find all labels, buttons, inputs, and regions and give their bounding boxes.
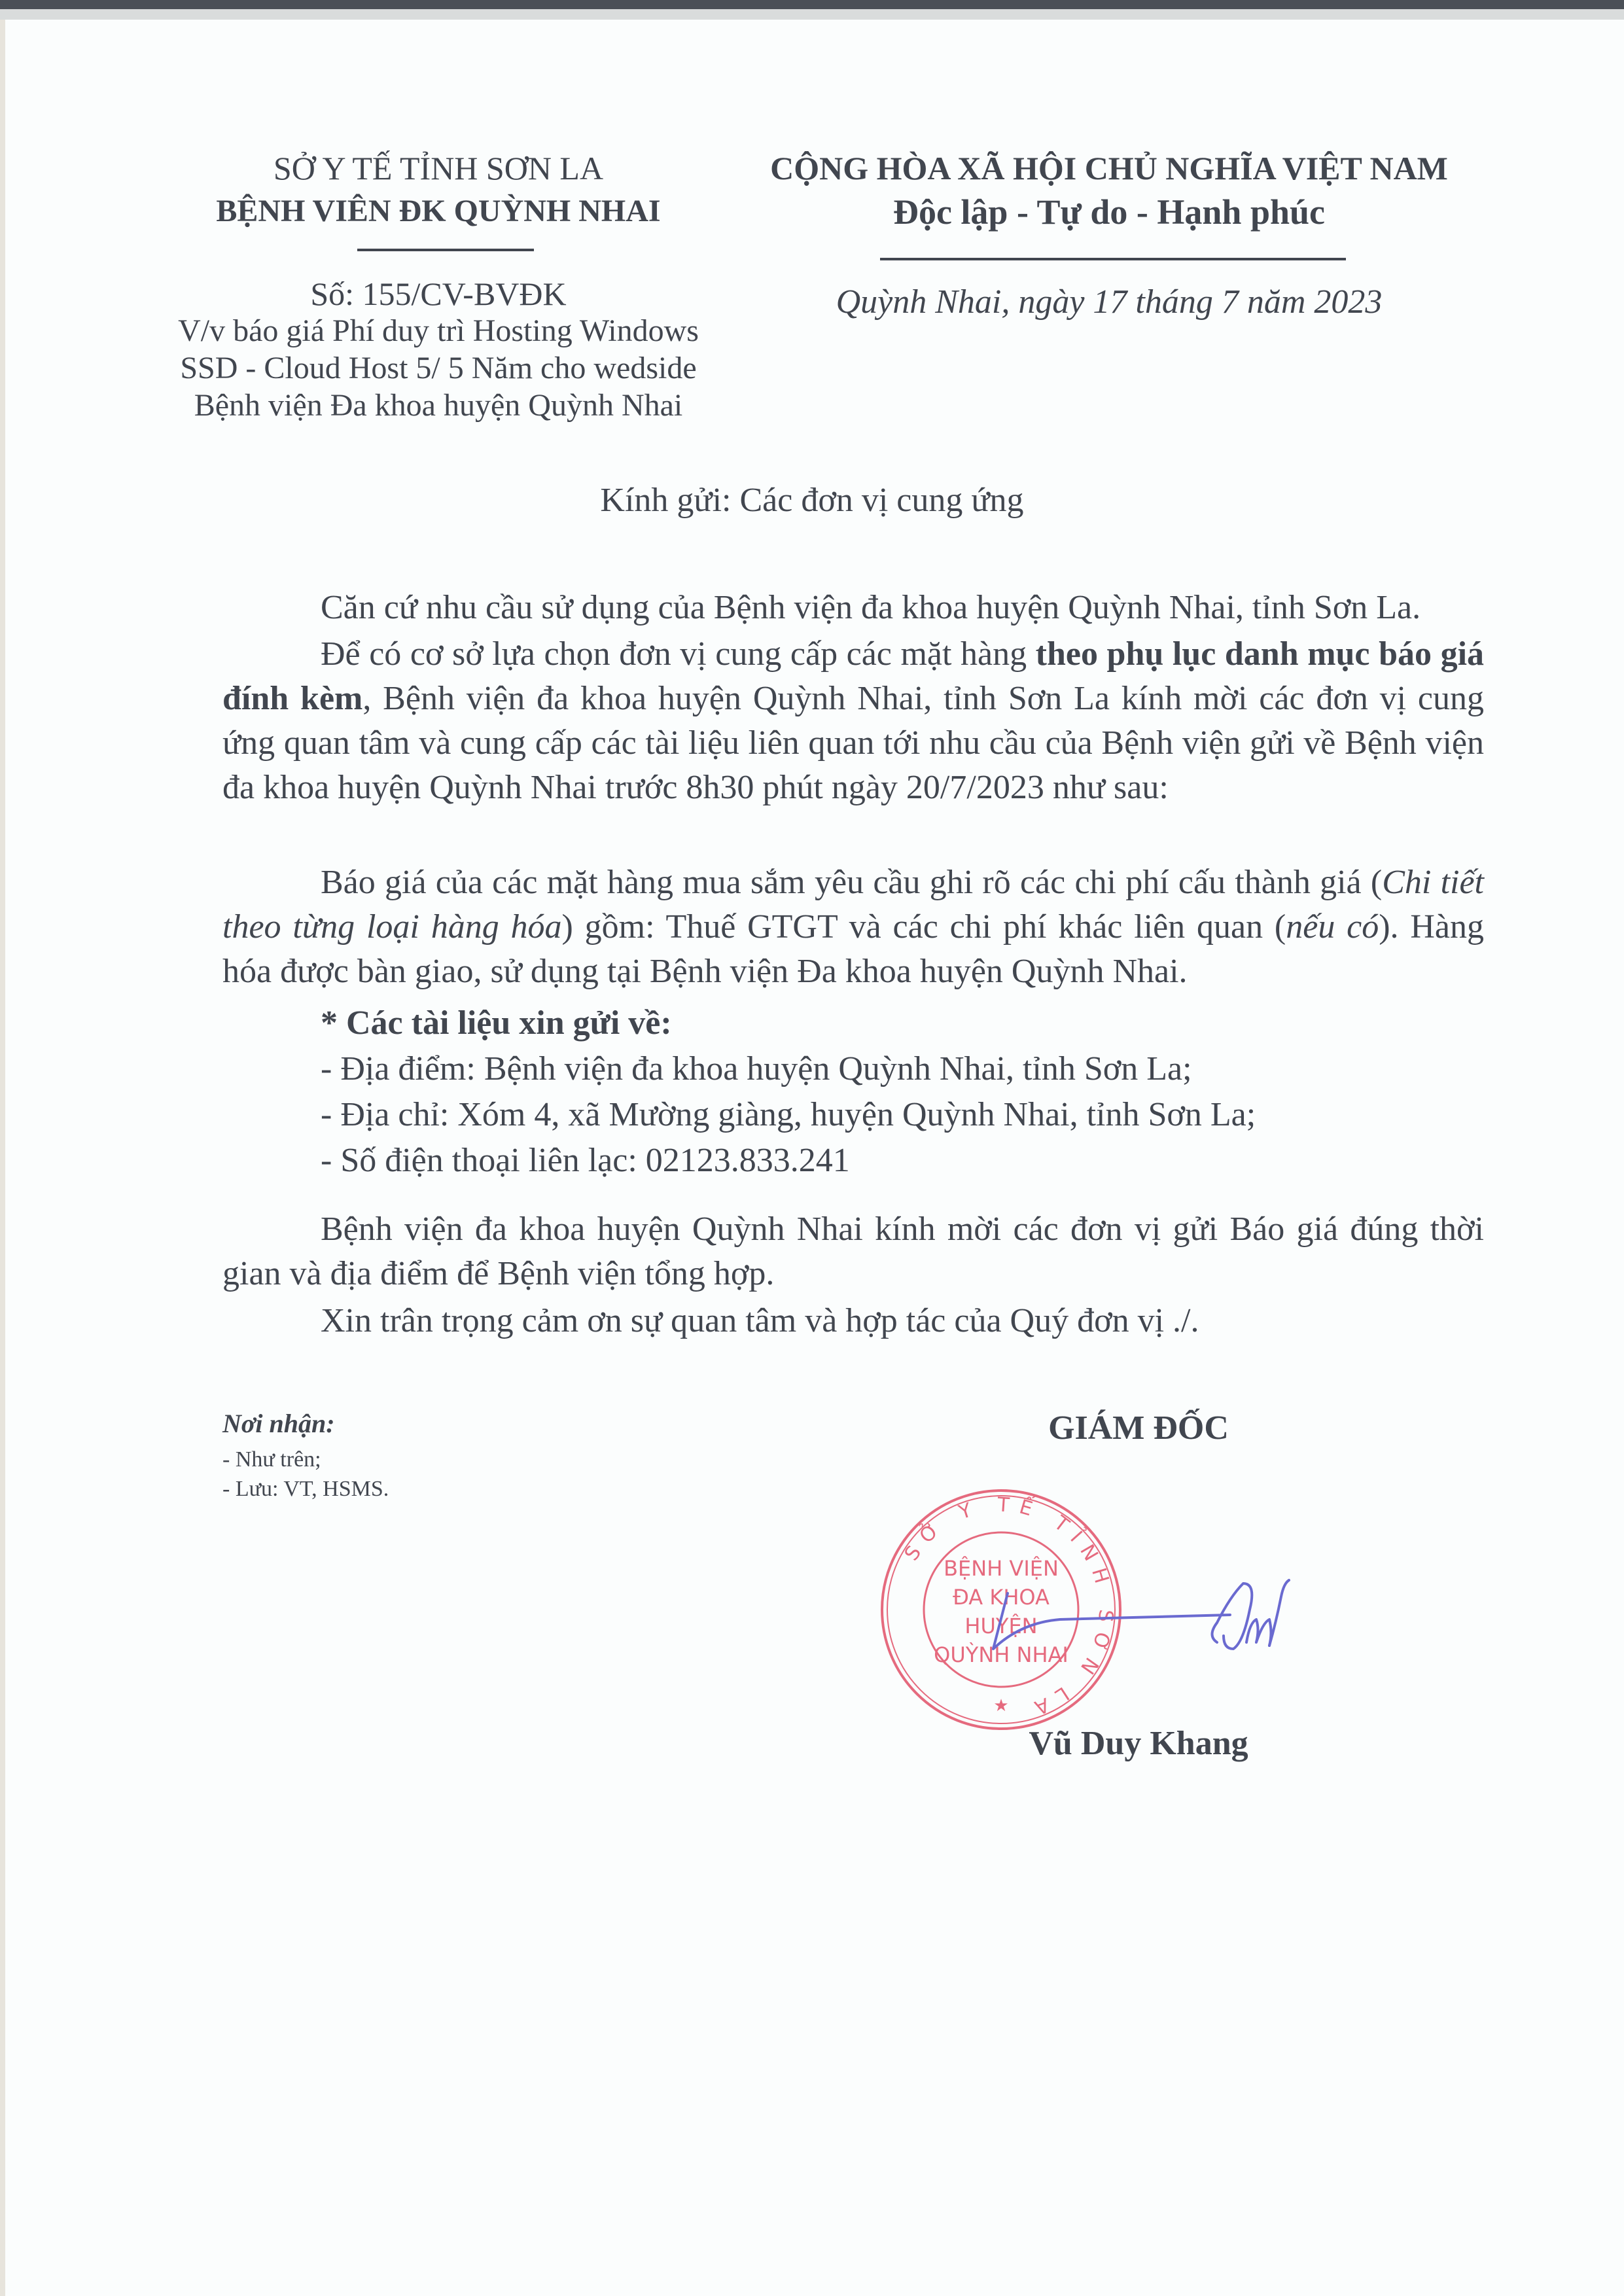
handwritten-signature-icon	[981, 1557, 1296, 1669]
text-run: Để có cơ sở lựa chọn đơn vị cung cấp các…	[321, 635, 1036, 673]
submission-location: - Địa điểm: Bệnh viện đa khoa huyện Quỳn…	[222, 1047, 1484, 1091]
document-number: Số: 155/CV-BVĐK	[124, 275, 752, 313]
subject-line: V/v báo giá Phí duy trì Hosting Windows	[124, 312, 752, 349]
country-name: CỘNG HÒA XÃ HỘI CHỦ NGHĨA VIỆT NAM	[739, 149, 1479, 187]
subject-line: SSD - Cloud Host 5/ 5 Năm cho wedside	[124, 349, 752, 387]
text-run: Báo giá của các mặt hàng mua sắm yêu cầu…	[321, 864, 1382, 901]
document-subject: V/v báo giá Phí duy trì Hosting Windows …	[124, 312, 752, 424]
submission-address: - Địa chỉ: Xóm 4, xã Mường giàng, huyện …	[222, 1093, 1484, 1137]
recipient-item: - Như trên;	[222, 1447, 321, 1472]
scan-edge-strip	[0, 9, 1624, 20]
header-right-rule	[880, 258, 1346, 260]
scan-edge-top	[0, 0, 1624, 9]
header-left-rule	[357, 249, 534, 251]
paragraph-request: Để có cơ sở lựa chọn đơn vị cung cấp các…	[222, 632, 1484, 810]
recipient-item: - Lưu: VT, HSMS.	[222, 1477, 389, 1502]
svg-text:★: ★	[993, 1696, 1008, 1716]
paragraph-thanks: Xin trân trọng cảm ơn sự quan tâm và hợp…	[222, 1299, 1484, 1343]
text-run-italic: nếu có	[1286, 908, 1379, 945]
paragraph-quote-requirements: Báo giá của các mặt hàng mua sắm yêu cầu…	[222, 860, 1484, 994]
agency-name: SỞ Y TẾ TỈNH SƠN LA	[124, 149, 752, 187]
contact-phone: - Số điện thoại liên lạc: 02123.833.241	[222, 1139, 1484, 1183]
scan-edge-left	[0, 20, 5, 2296]
subject-line: Bệnh viện Đa khoa huyện Quỳnh Nhai	[124, 387, 752, 424]
documents-heading: * Các tài liệu xin gửi về:	[222, 1001, 1484, 1046]
text-run: , Bệnh viện đa khoa huyện Quỳnh Nhai, tỉ…	[222, 680, 1484, 806]
text-run: ) gồm: Thuế GTGT và các chi phí khác liê…	[562, 908, 1286, 945]
signer-title: GIÁM ĐỐC	[949, 1409, 1328, 1447]
recipients-label: Nơi nhận:	[222, 1408, 335, 1439]
paragraph-invitation: Bệnh viện đa khoa huyện Quỳnh Nhai kính …	[222, 1207, 1484, 1296]
national-motto: Độc lập - Tự do - Hạnh phúc	[739, 192, 1479, 232]
paragraph-basis: Căn cứ nhu cầu sử dụng của Bệnh viện đa …	[222, 586, 1484, 630]
issuer-name: BỆNH VIÊN ĐK QUỲNH NHAI	[124, 193, 752, 229]
addressee: Kính gửi: Các đơn vị cung ứng	[0, 481, 1624, 520]
signer-name: Vũ Duy Khang	[949, 1724, 1328, 1763]
place-date: Quỳnh Nhai, ngày 17 tháng 7 năm 2023	[739, 283, 1479, 321]
